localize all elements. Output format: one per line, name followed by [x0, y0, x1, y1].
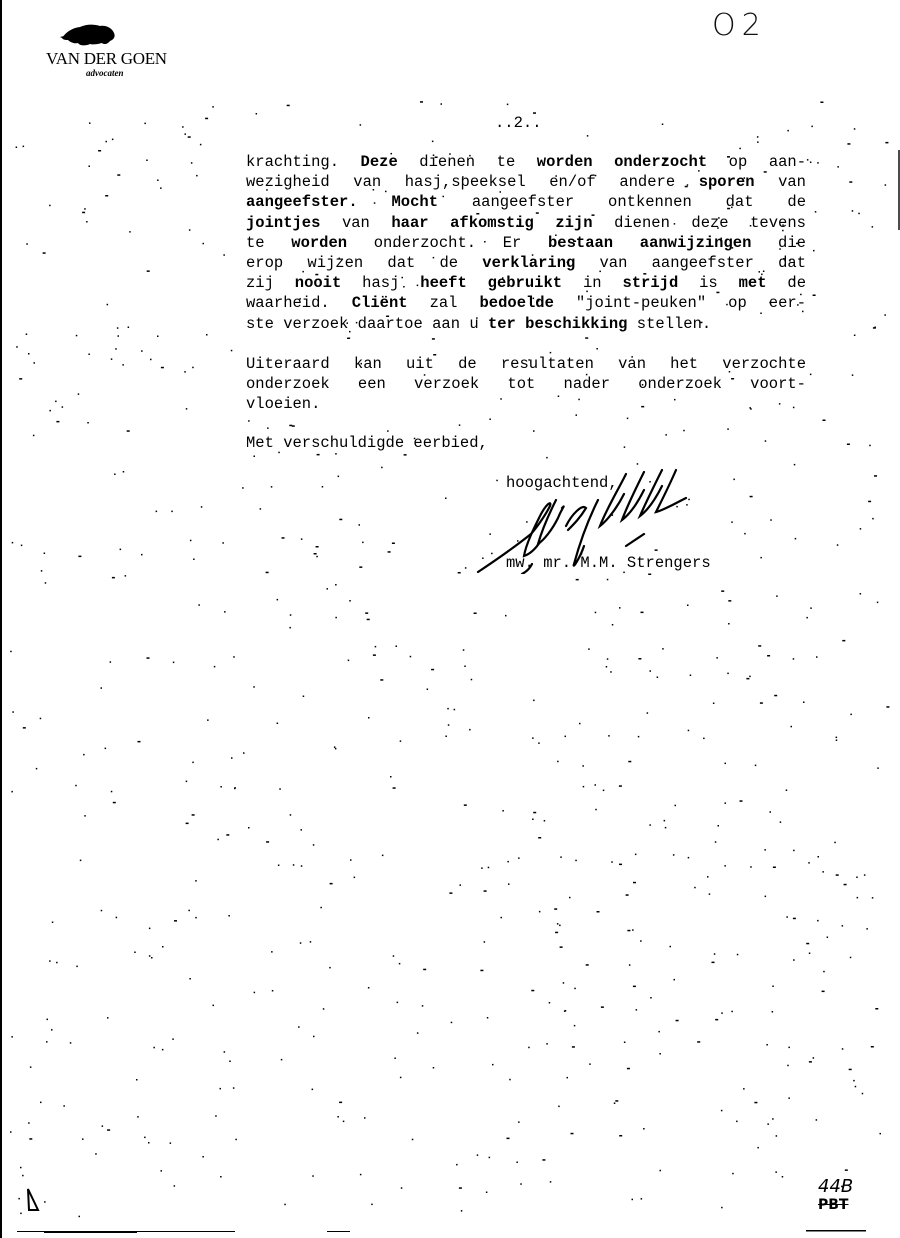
text-line: Uiteraard kan uit de resultaten van het … [246, 354, 806, 374]
text-line: wezigheid van hasj,speeksel en/of andere… [246, 172, 806, 192]
document-stamp: 44B PBT [818, 1178, 853, 1214]
letter-body: krachting. Deze dienen te worden onderzo… [246, 152, 806, 434]
folio-mark: O2 [712, 8, 767, 43]
paragraph-1: krachting. Deze dienen te worden onderzo… [246, 152, 806, 334]
text-line: ste verzoek daartoe aan u ter beschikkin… [246, 314, 806, 334]
closing-salutation: Met verschuldigde eerbied, [246, 434, 488, 452]
text-line: aangeefster. Mocht aangeefster ontkennen… [246, 192, 806, 212]
margin-mark-icon [26, 1188, 40, 1212]
stamp-number: 44B [818, 1178, 853, 1196]
text-line: te worden onderzocht. Er bestaan aanwijz… [246, 233, 806, 253]
footer-rule [0, 1230, 900, 1234]
text-line: jointjes van haar afkomstig zijn dienen … [246, 213, 806, 233]
text-line: erop wijzen dat de verklaring van aangee… [246, 253, 806, 273]
firm-name: VAN DER GOEN [40, 50, 190, 68]
firm-subtitle: advocaten [40, 68, 190, 78]
text-line: zij nooit hasj heeft gebruikt in strijd … [246, 273, 806, 293]
page-number: ..2.. [495, 114, 542, 132]
text-line: krachting. Deze dienen te worden onderzo… [246, 152, 806, 172]
text-line: onderzoek een verzoek tot nader onderzoe… [246, 374, 806, 394]
scan-edge-left [0, 0, 2, 1238]
document-page: VAN DER GOEN advocaten O2 ..2.. krachtin… [0, 0, 900, 1238]
paragraph-2: Uiteraard kan uit de resultaten van het … [246, 354, 806, 415]
letterhead: VAN DER GOEN advocaten [40, 22, 190, 78]
stamp-initials: PBT [818, 1196, 853, 1214]
text-line: waarheid. Cliënt zal bedoelde "joint-peu… [246, 293, 806, 313]
bull-silhouette-icon [58, 22, 118, 48]
text-line: vloeien. [246, 394, 806, 414]
signer-name: mw. mr. M.M. Strengers [506, 554, 711, 572]
